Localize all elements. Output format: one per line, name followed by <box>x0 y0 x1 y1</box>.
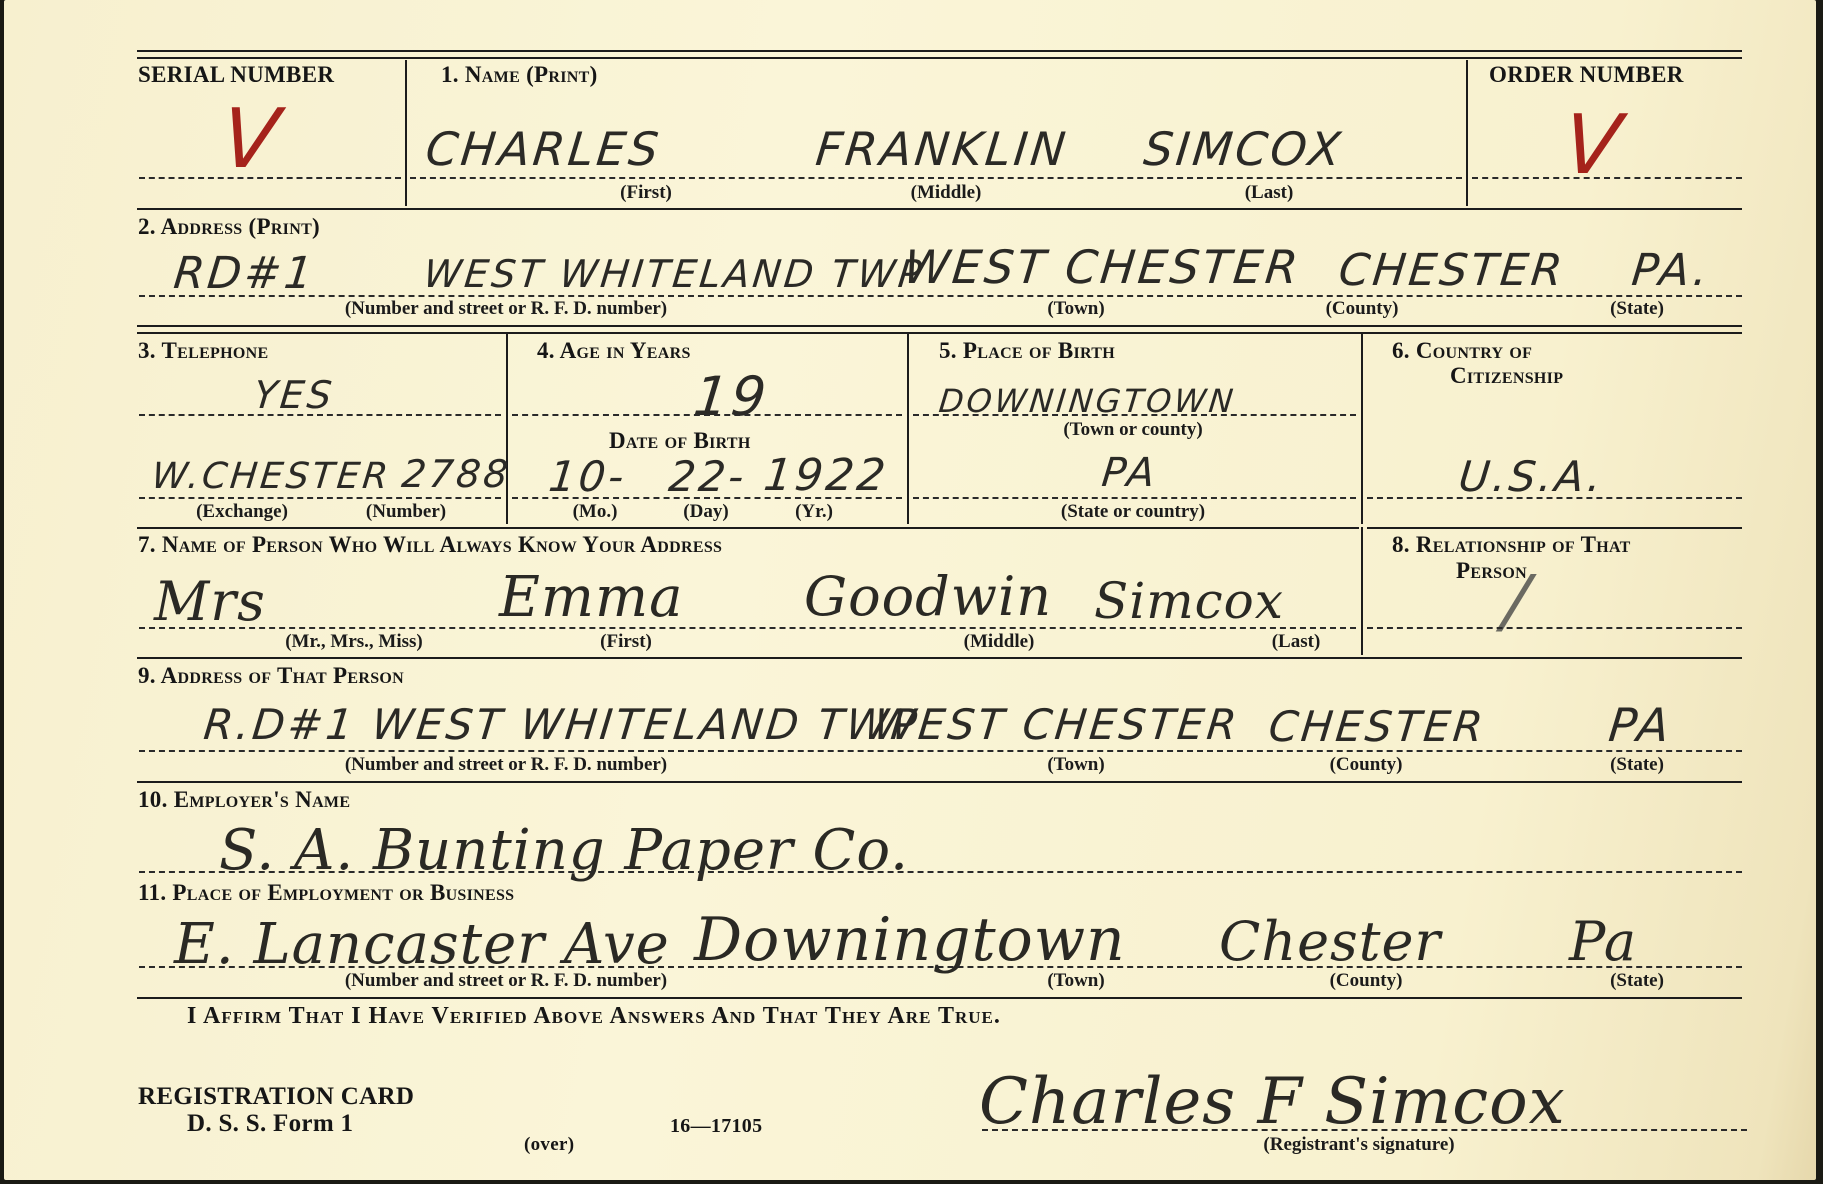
name-middle-value: FRANKLIN <box>813 122 1071 176</box>
sub-street: (Number and street or R. F. D. number) <box>345 298 667 320</box>
name-last-value: SIMCOX <box>1141 122 1346 176</box>
name-first-value: CHARLES <box>423 122 664 176</box>
contact-address-label: 9. Address of That Person <box>138 663 404 689</box>
relationship-dotted-line <box>1367 627 1742 629</box>
employment-town-value: Downingtown <box>694 905 1126 975</box>
print-code: 16—17105 <box>670 1115 762 1138</box>
address-label: 2. Address (Print) <box>138 214 320 240</box>
citizenship-label-1: 6. Country of <box>1392 338 1532 364</box>
sub-contact-street: (Number and street or R. F. D. number) <box>345 754 667 776</box>
birth-state-dotted-line <box>913 497 1356 499</box>
contact-address-state-value: PA <box>1606 698 1675 752</box>
sub-town: (Town) <box>1047 298 1104 320</box>
contact-person-label: 7. Name of Person Who Will Always Know Y… <box>138 532 722 558</box>
top-rule-2 <box>137 57 1742 59</box>
age-label: 4. Age in Years <box>537 338 691 364</box>
citizenship-dotted-line <box>1367 497 1742 499</box>
form-id: D. S. S. Form 1 <box>187 1110 353 1138</box>
rule <box>137 781 1742 783</box>
rule <box>1367 527 1742 529</box>
address-street2-value: WEST WHITELAND TWP <box>422 252 927 296</box>
sub-exchange: (Exchange) <box>196 501 288 523</box>
address-town-value: WEST CHESTER <box>901 240 1303 294</box>
contact-title-value: Mrs <box>154 570 266 633</box>
rule <box>137 325 1742 327</box>
divider <box>907 334 909 524</box>
employer-value: S. A. Bunting Paper Co. <box>219 818 909 883</box>
employer-label: 10. Employer's Name <box>138 787 350 813</box>
sub-number: (Number) <box>366 501 446 523</box>
contact-dotted-line <box>139 627 1356 629</box>
over-label: (over) <box>524 1134 574 1156</box>
top-rule <box>137 50 1742 52</box>
registration-card: SERIAL NUMBER 1. Name (Print) ORDER NUMB… <box>4 0 1816 1180</box>
divider <box>1361 527 1363 655</box>
name-label: 1. Name (Print) <box>441 62 598 88</box>
age-value: 19 <box>691 365 772 428</box>
card-title: Registration Card <box>138 1083 414 1111</box>
dob-label: Date of Birth <box>609 428 751 454</box>
sub-signature: (Registrant's signature) <box>1263 1134 1454 1156</box>
employment-dotted-line <box>139 966 1742 968</box>
address-state-value: PA. <box>1629 245 1713 296</box>
sub-year: (Yr.) <box>795 501 833 523</box>
divider <box>405 60 407 206</box>
sub-county: (County) <box>1326 298 1399 320</box>
sub-birth-state: (State or country) <box>1061 501 1205 523</box>
rule-2 <box>137 332 1742 334</box>
order-number-label: ORDER NUMBER <box>1489 62 1684 88</box>
citizenship-label-2: Citizenship <box>1450 363 1563 389</box>
sub-contact-county: (County) <box>1330 754 1403 776</box>
birthplace-label: 5. Place of Birth <box>939 338 1115 364</box>
birthplace-state-value: PA <box>1100 450 1160 496</box>
rule <box>137 997 1742 999</box>
telephone-dotted-line <box>139 414 501 416</box>
address-street-value: RD#1 <box>171 248 318 299</box>
order-dotted-line <box>1472 177 1742 179</box>
signature-value: Charles F Simcox <box>979 1065 1566 1139</box>
rule <box>137 208 1742 210</box>
citizenship-value: U.S.A. <box>1456 452 1606 501</box>
sub-employment-town: (Town) <box>1047 970 1104 992</box>
sub-contact-middle: (Middle) <box>964 631 1035 653</box>
contact-last-value: Simcox <box>1094 572 1284 630</box>
signature-dotted-line <box>982 1129 1747 1131</box>
contact-address-dotted-line <box>139 750 1742 752</box>
sub-middle: (Middle) <box>911 182 982 204</box>
dob-year-value: 1922 <box>761 450 890 501</box>
serial-dotted-line <box>139 177 401 179</box>
contact-first-value: Emma <box>499 565 683 630</box>
address-dotted-line <box>139 295 1742 297</box>
relationship-label-1: 8. Relationship of That <box>1392 532 1631 558</box>
sub-contact-last: (Last) <box>1272 631 1321 653</box>
divider <box>1361 334 1363 524</box>
sub-title: (Mr., Mrs., Miss) <box>285 631 423 653</box>
contact-address-county-value: CHESTER <box>1266 702 1488 751</box>
telephone-number-value: 2788 <box>400 452 513 496</box>
sub-state: (State) <box>1610 298 1664 320</box>
sub-employment-county: (County) <box>1330 970 1403 992</box>
divider <box>1466 60 1468 206</box>
employment-county-value: Chester <box>1219 910 1441 973</box>
sub-contact-first: (First) <box>600 631 652 653</box>
employment-state-value: Pa <box>1569 910 1637 973</box>
serial-number-label: SERIAL NUMBER <box>138 62 334 88</box>
employer-dotted-line <box>139 871 1742 873</box>
dob-dotted-line <box>512 497 902 499</box>
birthplace-dotted-line <box>913 414 1356 416</box>
age-dotted-line <box>512 414 902 416</box>
contact-address-street-value: R.D#1 WEST WHITELAND TWP <box>201 700 921 749</box>
name-dotted-line <box>410 177 1462 179</box>
serial-number-value: V <box>217 92 286 187</box>
address-county-value: CHESTER <box>1336 245 1567 296</box>
sub-month: (Mo.) <box>573 501 618 523</box>
dob-month-value: 10- <box>546 452 629 501</box>
rule <box>137 527 1359 529</box>
sub-contact-state: (State) <box>1610 754 1664 776</box>
sub-birth-town: (Town or county) <box>1063 419 1202 441</box>
sub-employment-state: (State) <box>1610 970 1664 992</box>
telephone-exchange-value: W.CHESTER <box>150 456 393 497</box>
exchange-dotted-line <box>139 497 501 499</box>
contact-address-town-value: WEST CHESTER <box>871 700 1241 749</box>
rule <box>137 657 1742 659</box>
telephone-label: 3. Telephone <box>138 338 268 364</box>
affirmation-text: I Affirm That I Have Verified Above Answ… <box>187 1003 1001 1030</box>
employment-place-label: 11. Place of Employment or Business <box>138 880 514 906</box>
contact-middle-value: Goodwin <box>804 565 1052 628</box>
sub-first: (First) <box>620 182 672 204</box>
telephone-value: YES <box>252 373 337 417</box>
dob-day-value: 22- <box>666 452 749 501</box>
sub-last: (Last) <box>1245 182 1294 204</box>
sub-contact-town: (Town) <box>1047 754 1104 776</box>
sub-employment-street: (Number and street or R. F. D. number) <box>345 970 667 992</box>
sub-day: (Day) <box>683 501 728 523</box>
